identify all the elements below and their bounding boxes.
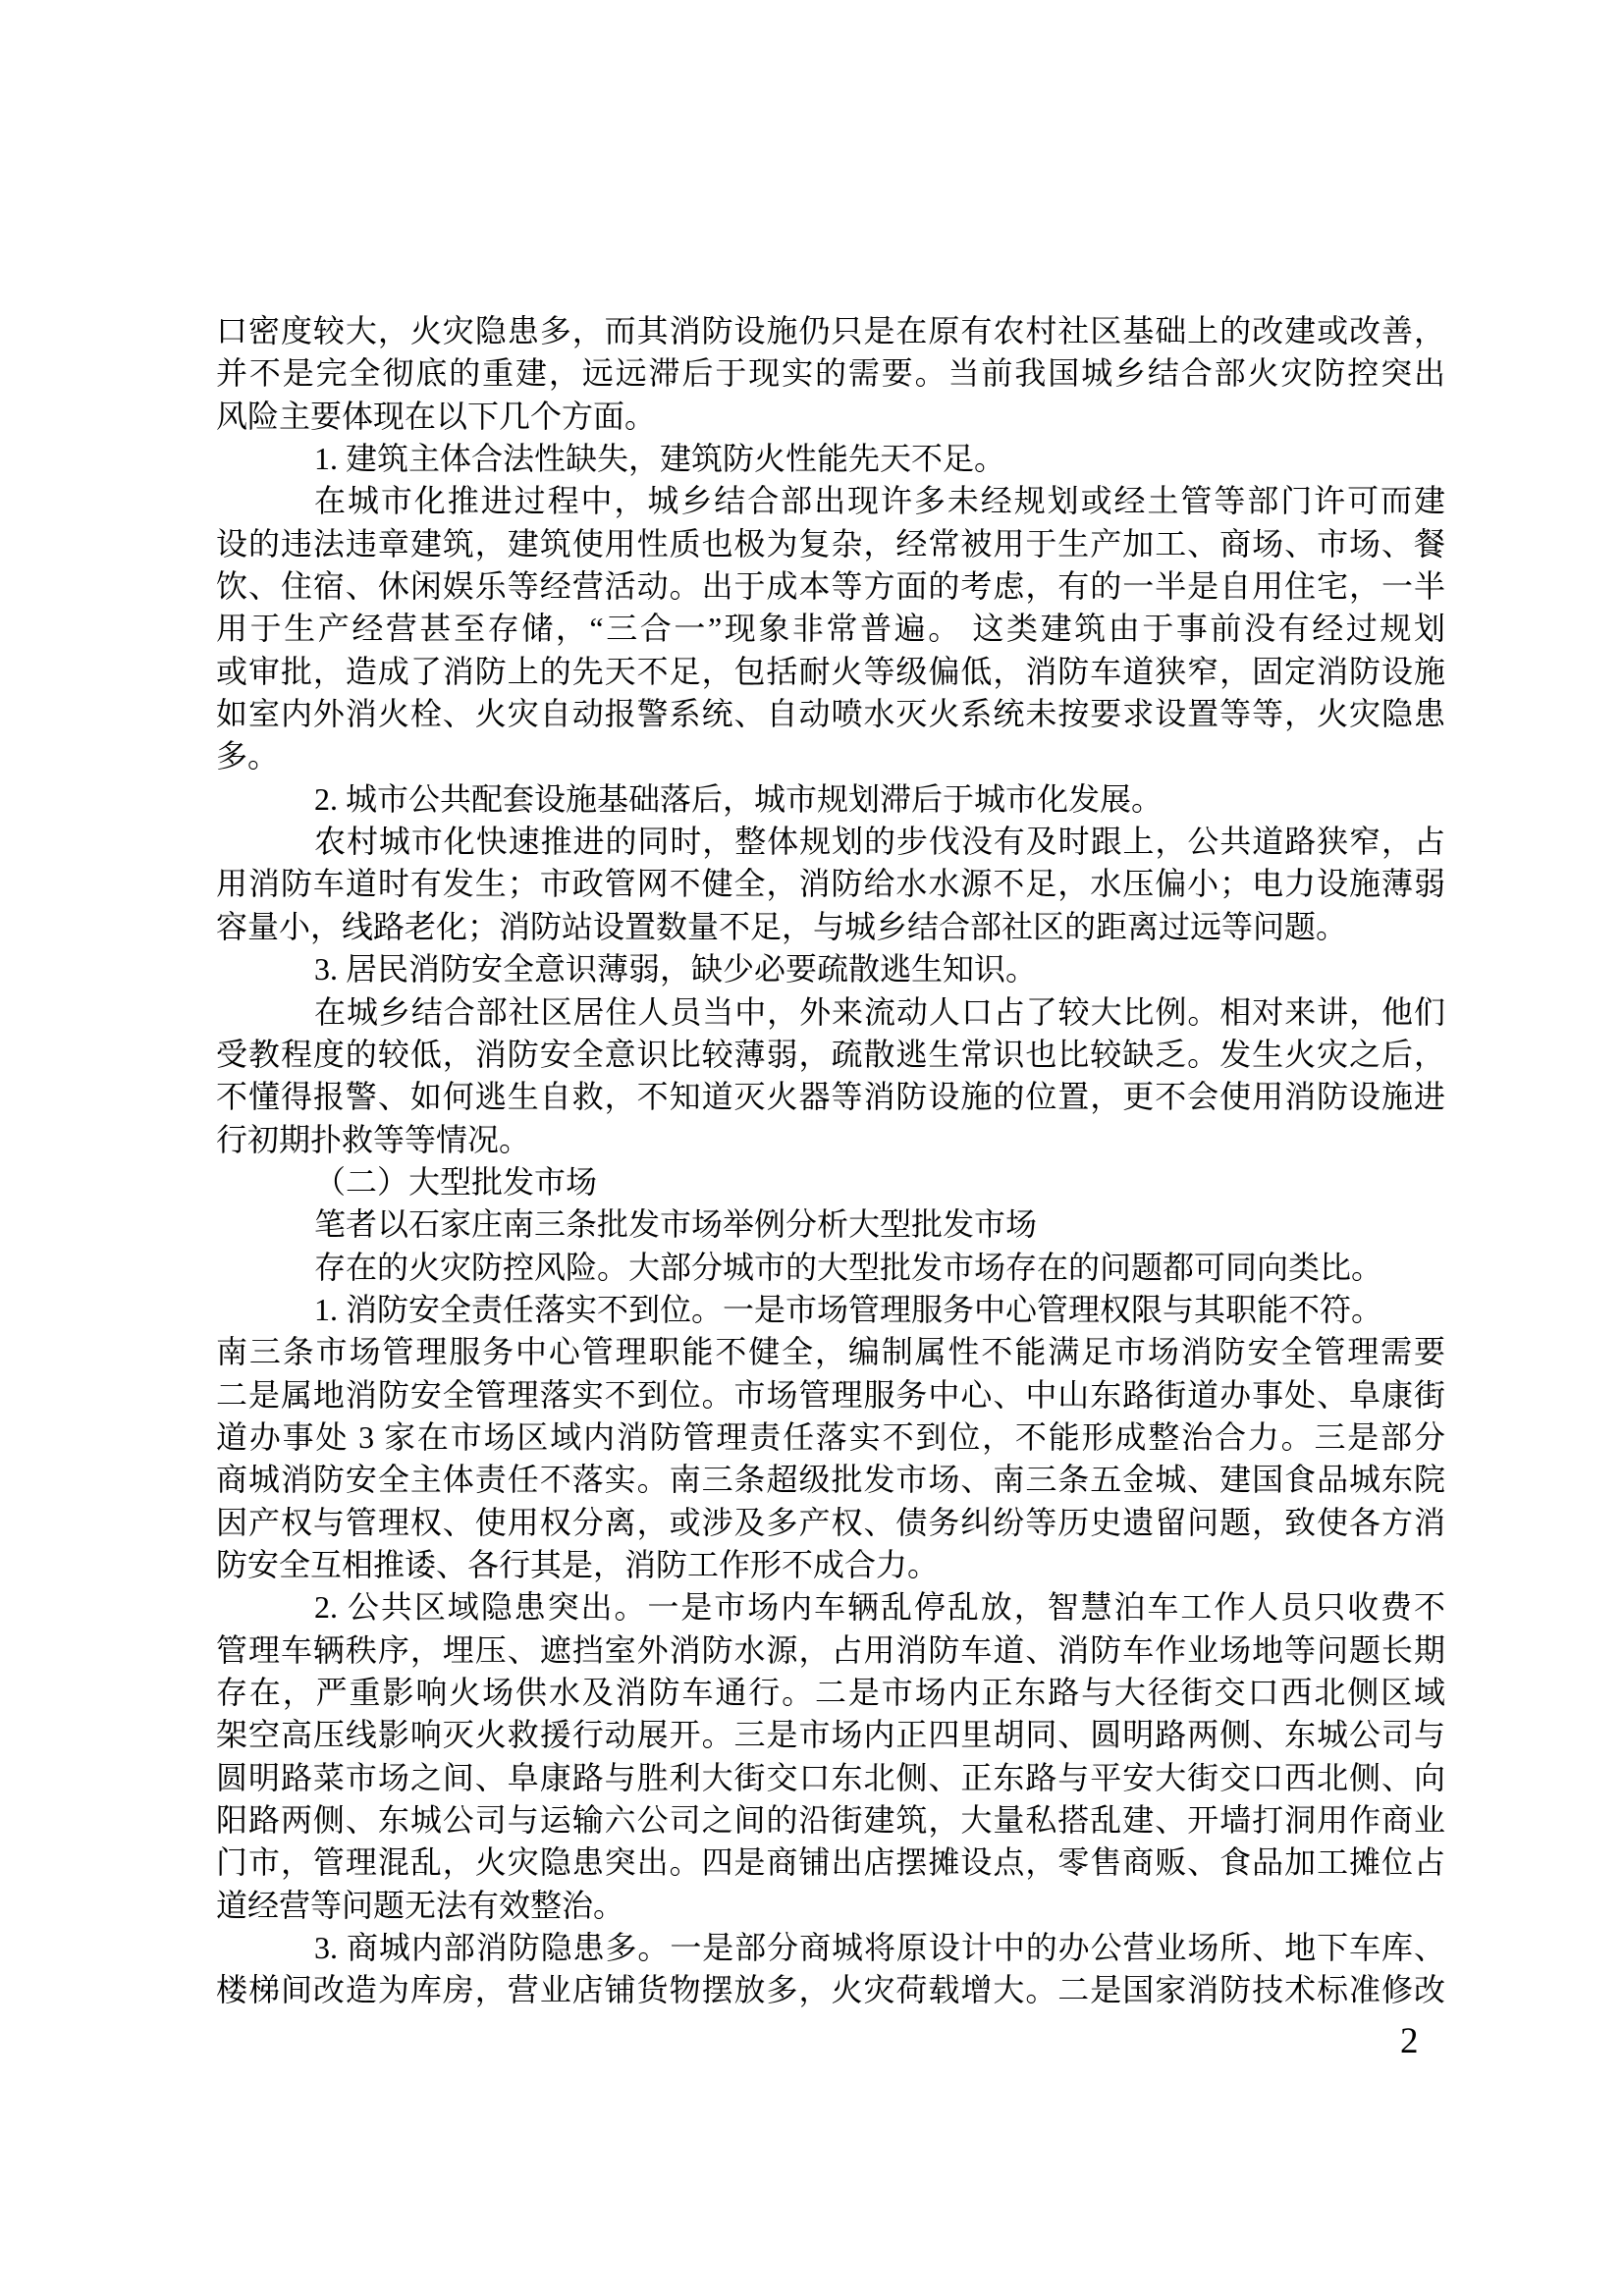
- text-line-29: 因产权与管理权、使用权分离，或涉及多产权、债务纠纷等历史遗留问题，致使各方消: [216, 1502, 1445, 1544]
- text-line-23: 存在的火灾防控风险。大部分城市的大型批发市场存在的问题都可同向类比。: [216, 1247, 1445, 1289]
- text-line-21: （二）大型批发市场: [216, 1161, 1445, 1203]
- text-line-2: 并不是完全彻底的重建，远远滞后于现实的需要。当前我国城乡结合部火灾防控突出: [216, 352, 1445, 395]
- text-line-20: 行初期扑救等等情况。: [216, 1119, 1445, 1161]
- text-line-12: 2. 城市公共配套设施基础落后，城市规划滞后于城市化发展。: [216, 778, 1445, 821]
- text-line-11: 多。: [216, 735, 1445, 777]
- text-line-14: 用消防车道时有发生；市政管网不健全，消防给水水源不足，水压偏小；电力设施薄弱: [216, 863, 1445, 905]
- text-line-19: 不懂得报警、如何逃生自救，不知道灭火器等消防设施的位置，更不会使用消防设施进: [216, 1076, 1445, 1118]
- text-line-22: 笔者以石家庄南三条批发市场举例分析大型批发市场: [216, 1203, 1445, 1246]
- text-line-9: 或审批，造成了消防上的先天不足，包括耐火等级偏低，消防车道狭窄，固定消防设施: [216, 651, 1445, 693]
- document-text: 口密度较大，火灾隐患多，而其消防设施仍只是在原有农村社区基础上的改建或改善，并不…: [216, 310, 1445, 2012]
- text-line-15: 容量小，线路老化；消防站设置数量不足，与城乡结合部社区的距离过远等问题。: [216, 906, 1445, 948]
- text-line-10: 如室内外消火栓、火灾自动报警系统、自动喷水灭火系统未按要求设置等等，火灾隐患: [216, 693, 1445, 735]
- text-line-31: 2. 公共区域隐患突出。一是市场内车辆乱停乱放，智慧泊车工作人员只收费不: [216, 1586, 1445, 1629]
- text-line-16: 3. 居民消防安全意识薄弱，缺少必要疏散逃生知识。: [216, 948, 1445, 990]
- text-line-32: 管理车辆秩序，埋压、遮挡室外消防水源，占用消防车道、消防车作业场地等问题长期: [216, 1629, 1445, 1672]
- text-line-5: 在城市化推进过程中，城乡结合部出现许多未经规划或经土管等部门许可而建: [216, 480, 1445, 522]
- page-number: 2: [1400, 2020, 1419, 2062]
- text-line-36: 阳路两侧、东城公司与运输六公司之间的沿街建筑，大量私搭乱建、开墙打洞用作商业: [216, 1799, 1445, 1842]
- text-line-27: 道办事处 3 家在市场区域内消防管理责任落实不到位，不能形成整治合力。三是部分: [216, 1416, 1445, 1459]
- text-line-6: 设的违法违章建筑，建筑使用性质也极为复杂，经常被用于生产加工、商场、市场、餐: [216, 523, 1445, 565]
- text-line-37: 门市，管理混乱，火灾隐患突出。四是商铺出店摆摊设点，零售商贩、食品加工摊位占: [216, 1842, 1445, 1884]
- text-line-25: 南三条市场管理服务中心管理职能不健全，编制属性不能满足市场消防安全管理需要: [216, 1331, 1445, 1373]
- text-line-35: 圆明路菜市场之间、阜康路与胜利大街交口东北侧、正东路与平安大街交口西北侧、向: [216, 1757, 1445, 1799]
- text-line-28: 商城消防安全主体责任不落实。南三条超级批发市场、南三条五金城、建国食品城东院: [216, 1459, 1445, 1501]
- text-line-33: 存在，严重影响火场供水及消防车通行。二是市场内正东路与大径街交口西北侧区域: [216, 1672, 1445, 1714]
- text-line-17: 在城乡结合部社区居住人员当中，外来流动人口占了较大比例。相对来讲，他们: [216, 991, 1445, 1034]
- text-line-3: 风险主要体现在以下几个方面。: [216, 396, 1445, 438]
- text-line-26: 二是属地消防安全管理落实不到位。市场管理服务中心、中山东路街道办事处、阜康街: [216, 1374, 1445, 1416]
- text-line-8: 用于生产经营甚至存储，“三合一”现象非常普遍。 这类建筑由于事前没有经过规划: [216, 608, 1445, 650]
- text-line-34: 架空高压线影响灭火救援行动展开。三是市场内正四里胡同、圆明路两侧、东城公司与: [216, 1714, 1445, 1756]
- text-line-40: 楼梯间改造为库房，营业店铺货物摆放多，火灾荷载增大。二是国家消防技术标准修改: [216, 1969, 1445, 2011]
- text-line-24: 1. 消防安全责任落实不到位。一是市场管理服务中心管理权限与其职能不符。: [216, 1289, 1445, 1331]
- text-line-1: 口密度较大，火灾隐患多，而其消防设施仍只是在原有农村社区基础上的改建或改善，: [216, 310, 1445, 352]
- text-line-30: 防安全互相推诿、各行其是，消防工作形不成合力。: [216, 1544, 1445, 1586]
- text-line-38: 道经营等问题无法有效整治。: [216, 1885, 1445, 1927]
- text-line-7: 饮、住宿、休闲娱乐等经营活动。出于成本等方面的考虑，有的一半是自用住宅，一半: [216, 565, 1445, 608]
- text-line-13: 农村城市化快速推进的同时，整体规划的步伐没有及时跟上，公共道路狭窄，占: [216, 821, 1445, 863]
- text-line-18: 受教程度的较低，消防安全意识比较薄弱，疏散逃生常识也比较缺乏。发生火灾之后，: [216, 1034, 1445, 1076]
- text-line-39: 3. 商城内部消防隐患多。一是部分商城将原设计中的办公营业场所、地下车库、: [216, 1927, 1445, 1969]
- text-line-4: 1. 建筑主体合法性缺失，建筑防火性能先天不足。: [216, 438, 1445, 480]
- document-page: 口密度较大，火灾隐患多，而其消防设施仍只是在原有农村社区基础上的改建或改善，并不…: [0, 0, 1624, 2296]
